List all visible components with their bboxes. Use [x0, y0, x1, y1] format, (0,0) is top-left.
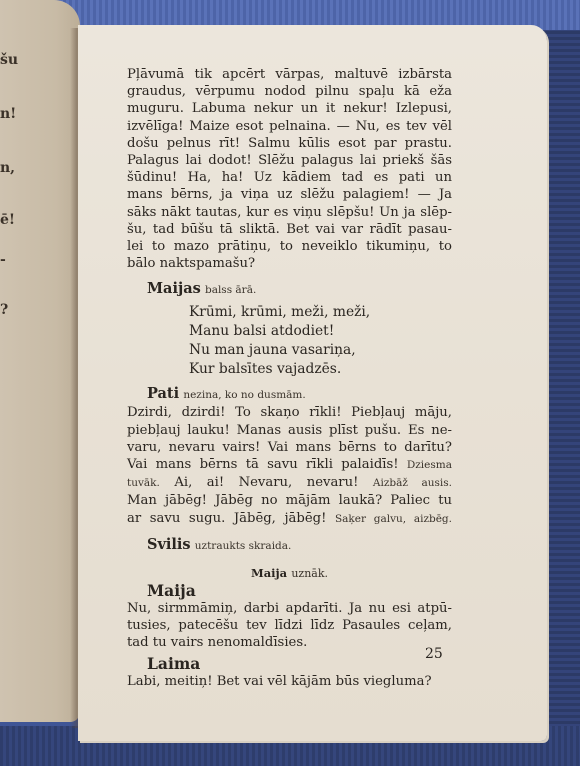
text-line: došu pelnus rīt! Salmu kūlis esot par pr…	[127, 135, 452, 152]
text-line: varu, nevaru vairs! Vai mans bērns to da…	[127, 439, 452, 456]
verse-line: Kur balsītes vajadzēs.	[189, 360, 452, 379]
stage-cue-pati: Pati nezina, ko no dusmām.	[147, 385, 452, 404]
stage-direction: uztraukts skraida.	[195, 540, 292, 552]
text-line: Man jābēg! Jābēg no mājām laukā? Paliec …	[127, 492, 452, 509]
text-line: Labi, meitiņ! Bet vai vēl kājām būs vieg…	[127, 673, 452, 690]
stage-cue-svilis: Svilis uztraukts skraida.	[147, 536, 452, 555]
text-line: Nu, sirmmāmiņ, darbi apdarīti. Ja nu esi…	[127, 600, 452, 617]
stage-direction: uznāk.	[291, 567, 328, 580]
text-line: tad tu vairs nenomaldīsies.	[127, 634, 452, 651]
verse-line: Manu balsi atdodiet!	[189, 322, 452, 341]
speech-text: Vai mans bērns tā savu rīkli palaidīs!	[127, 457, 399, 472]
text-line: Vai mans bērns tā savu rīkli palaidīs! D…	[127, 456, 452, 474]
text-line: šu, tad būšu tā sliktā. Bet vai var rādī…	[127, 221, 452, 238]
left-page-fragment: ē!	[0, 212, 15, 228]
text-line: izvēlīga! Maize esot pelnaina. — Nu, es …	[127, 118, 452, 135]
stage-cue-maija-enters: Maija uznāk.	[127, 565, 452, 582]
verse-line: Krūmi, krūmi, meži, meži,	[189, 303, 452, 322]
left-page-fragment: šu	[0, 52, 18, 68]
stage-direction: Aizbāž ausis.	[373, 477, 452, 489]
speaker-name: Maijas	[147, 280, 201, 297]
speaker-name: Pati	[147, 385, 179, 402]
stage-direction: Saķer galvu, aizbēg.	[335, 513, 452, 525]
text-line: ar savu sugu. Jābēg, jābēg! Saķer galvu,…	[127, 510, 452, 528]
text-line: lei to mazo prātiņu, to neveiklo tikumiņ…	[127, 238, 452, 255]
pati-speech: Dzirdi, dzirdi! To skaņo rīkli! Piebļauj…	[127, 404, 452, 527]
text-line: bālo naktspamašu?	[127, 255, 452, 272]
speech-text: ar savu sugu. Jābēg, jābēg!	[127, 511, 326, 526]
text-line: šūdinu! Ha, ha! Uz kādiem tad es pati un	[127, 169, 452, 186]
laima-speech: Labi, meitiņ! Bet vai vēl kājām būs vieg…	[127, 673, 452, 690]
stage-direction: nezina, ko no dusmām.	[183, 389, 305, 401]
speaker-name: Svilis	[147, 536, 191, 553]
stage-direction: balss ārā.	[205, 284, 256, 296]
text-line: Pļāvumā tik apcērt vārpas, maltuvē izbār…	[127, 66, 452, 83]
text-line: Palagus lai dodot! Slēžu palagus lai pri…	[127, 152, 452, 169]
left-page: šu n! n, ē! - ?	[0, 0, 80, 722]
speaker-heading-laima: Laima	[147, 655, 452, 673]
text-line: piebļauj lauku! Manas ausis plīst pušu. …	[127, 422, 452, 439]
speaker-name: Maija	[251, 566, 287, 580]
text-line: sāks nākt tautas, kur es viņu slēpšu! Un…	[127, 204, 452, 221]
left-page-fragment: n,	[0, 160, 15, 176]
text-line: tusies, patecēšu tev līdzi līdz Pasaules…	[127, 617, 452, 634]
left-page-fragment: n!	[0, 106, 16, 122]
page-text: Pļāvumā tik apcērt vārpas, maltuvē izbār…	[127, 66, 452, 691]
stage-direction: tuvāk.	[127, 477, 160, 489]
page-number: 25	[425, 646, 443, 662]
text-line: mans bērns, ja viņa uz slēžu palagiem! —…	[127, 186, 452, 203]
text-line: Dzirdi, dzirdi! To skaņo rīkli! Piebļauj…	[127, 404, 452, 421]
left-page-fragment: -	[0, 252, 6, 268]
stage-cue-maijas: Maijas balss ārā.	[147, 280, 452, 299]
text-line: tuvāk. Ai, ai! Nevaru, nevaru! Aizbāž au…	[127, 474, 452, 492]
opening-paragraph: Pļāvumā tik apcērt vārpas, maltuvē izbār…	[127, 66, 452, 272]
verse-line: Nu man jauna vasariņa,	[189, 341, 452, 360]
stage-direction: Dziesma	[407, 459, 452, 471]
song-verse: Krūmi, krūmi, meži, meži, Manu balsi atd…	[189, 303, 452, 379]
maija-speech: Nu, sirmmāmiņ, darbi apdarīti. Ja nu esi…	[127, 600, 452, 652]
speaker-heading-maija: Maija	[147, 582, 452, 600]
text-line: muguru. Labuma nekur un it nekur! Izlepu…	[127, 100, 452, 117]
left-page-fragment: ?	[0, 302, 8, 318]
text-line: graudus, vērpumu nodod pilnu spaļu kā ež…	[127, 83, 452, 100]
speech-text: Ai, ai! Nevaru, nevaru!	[174, 475, 358, 490]
